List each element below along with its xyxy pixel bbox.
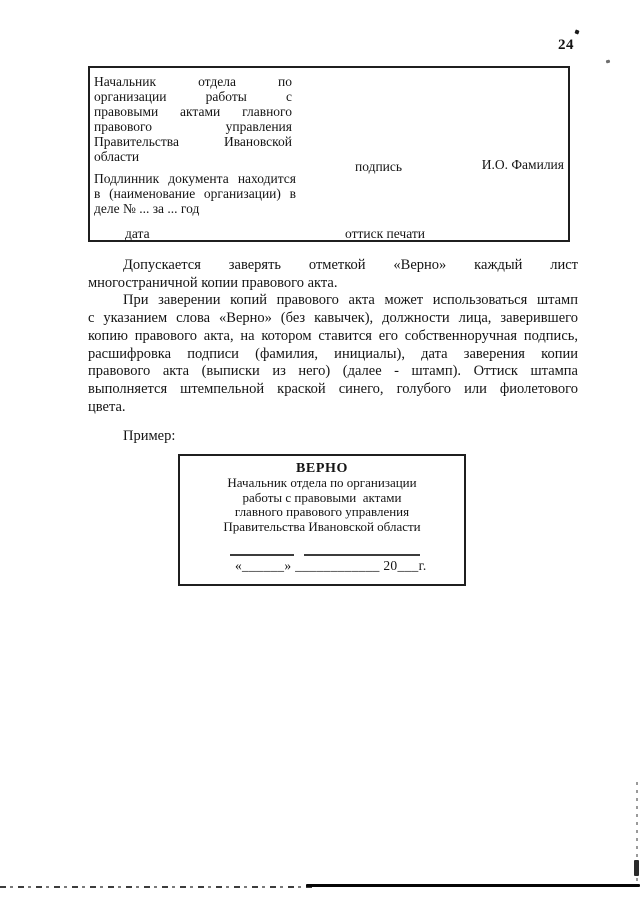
body-paragraphs: Допускается заверять отметкой «Верно» ка… — [88, 257, 578, 416]
text-line: правового управления — [94, 119, 292, 134]
paragraph-line: расшифровка подписи (фамилия, инициалы),… — [88, 346, 578, 364]
text-line: организации работы с — [94, 89, 292, 104]
paragraph-line: многостраничной копии правового акта. — [88, 275, 578, 293]
text-line: в (наименование организации) в — [94, 186, 296, 201]
scan-artifact-dashed-line — [0, 886, 312, 888]
page-number: 24 — [558, 37, 574, 54]
signature-line — [304, 554, 420, 556]
signature-line — [230, 554, 294, 556]
initials-surname-label: И.О. Фамилия — [482, 157, 564, 173]
seal-imprint-label: оттиск печати — [345, 226, 425, 242]
scan-speck — [574, 29, 579, 34]
paragraph-line: При заверении копий правового акта может… — [88, 292, 578, 310]
stamp-line: Начальник отдела по организации — [180, 476, 464, 491]
paragraph-line: копию правового акта, на котором ставитс… — [88, 328, 578, 346]
scanned-document-page: 24 Начальник отдела по организации работ… — [0, 0, 640, 905]
verno-stamp-example-box: ВЕРНО Начальник отдела по организации ра… — [178, 454, 466, 586]
paragraph-line: правового акта (выписки из него) (далее … — [88, 363, 578, 381]
example-label: Пример: — [123, 428, 175, 445]
text-line: Подлинник документа находится — [94, 171, 296, 186]
scan-artifact-blob — [634, 860, 639, 876]
signature-label: подпись — [355, 159, 402, 175]
date-label: дата — [125, 226, 150, 242]
certification-mark-box: Начальник отдела по организации работы с… — [88, 66, 570, 242]
text-line: Начальник отдела по — [94, 74, 292, 89]
original-location-note: Подлинник документа находится в (наимено… — [94, 171, 296, 216]
stamp-line: Правительства Ивановской области — [180, 520, 464, 535]
paragraph-line: с указанием слова «Верно» (без кавычек),… — [88, 310, 578, 328]
scan-artifact-solid-line — [306, 884, 640, 887]
paragraph-line: Допускается заверять отметкой «Верно» ка… — [88, 257, 578, 275]
official-position-block: Начальник отдела по организации работы с… — [94, 74, 292, 165]
paragraph-line: выполняется штемпельной краской синего, … — [88, 381, 578, 399]
text-line: правовыми актами главного — [94, 104, 292, 119]
stamp-date-fill-in-line: «______» ____________ 20___г. — [235, 559, 427, 574]
stamp-text-block: ВЕРНО Начальник отдела по организации ра… — [180, 456, 464, 534]
paragraph-line: цвета. — [88, 399, 578, 417]
stamp-line: главного правового управления — [180, 505, 464, 520]
stamp-line: работы с правовыми актами — [180, 491, 464, 506]
scan-speck — [606, 60, 611, 64]
text-line: области — [94, 149, 292, 164]
text-line: Правительства Ивановской — [94, 134, 292, 149]
stamp-title: ВЕРНО — [180, 461, 464, 476]
text-line: деле № ... за ... год — [94, 201, 296, 216]
